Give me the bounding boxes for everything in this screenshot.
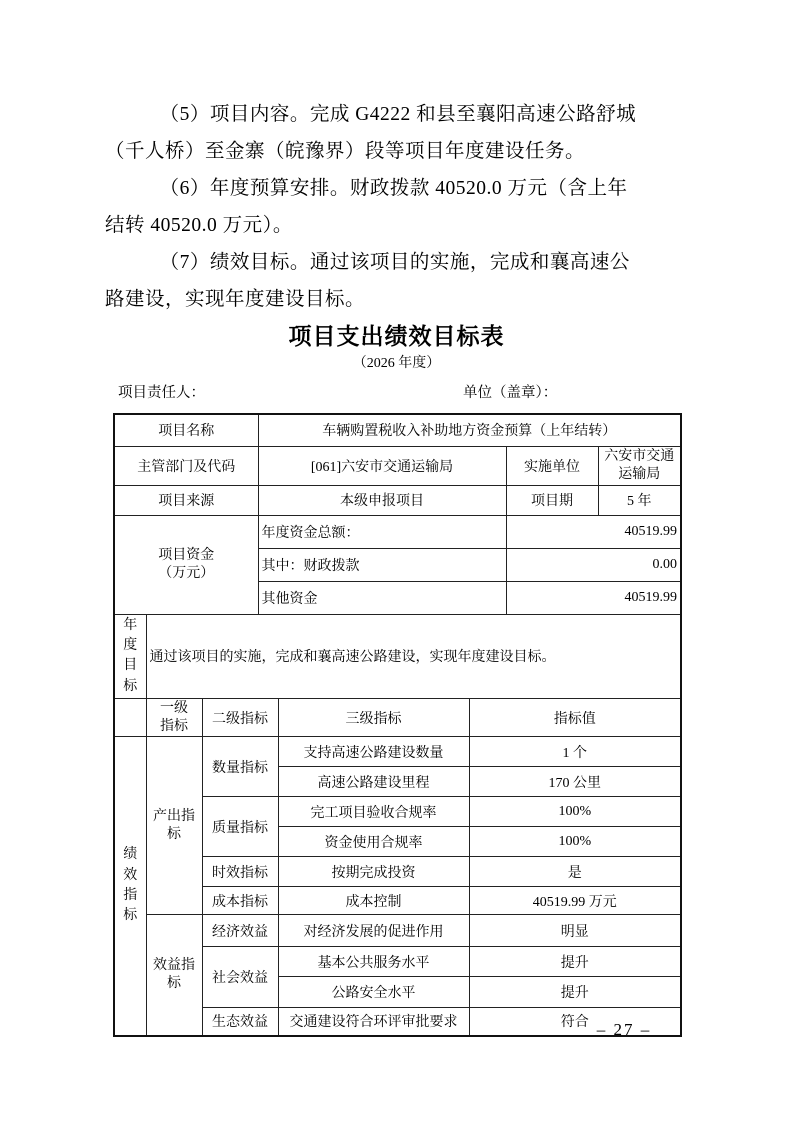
perf-l2-cost: 成本指标	[202, 887, 278, 915]
funds-fiscal-value: 0.00	[506, 548, 681, 581]
perf-value: 提升	[469, 947, 681, 977]
perf-value: 是	[469, 857, 681, 887]
perf-l3: 成本控制	[278, 887, 469, 915]
perf-l2-quality: 质量指标	[202, 797, 278, 857]
funds-total-value: 40519.99	[506, 515, 681, 548]
perf-value: 100%	[469, 827, 681, 857]
perf-l3: 完工项目验收合规率	[278, 797, 469, 827]
funds-other-label: 其他资金	[258, 581, 506, 614]
perf-value: 提升	[469, 977, 681, 1008]
table-title: 项目支出绩效目标表	[0, 318, 793, 351]
perf-l1-benefit: 效益指标	[146, 915, 202, 1036]
paragraph-line: （7）绩效目标。通过该项目的实施，完成和襄高速公	[105, 244, 688, 281]
impl-unit-value: 六安市交通运输局	[598, 446, 681, 485]
paragraph-line: 路建设，实现年度建设目标。	[105, 281, 688, 318]
paragraph-line: （5）项目内容。完成 G4222 和县至襄阳高速公路舒城	[105, 96, 688, 133]
document-page: （5）项目内容。完成 G4222 和县至襄阳高速公路舒城 （千人桥）至金寨（皖豫…	[0, 0, 793, 1122]
paragraph-line: （6）年度预算安排。财政拨款 40520.0 万元（含上年	[105, 170, 688, 207]
perf-l3: 基本公共服务水平	[278, 947, 469, 977]
performance-target-table: 项目名称 车辆购置税收入补助地方资金预算（上年结转） 主管部门及代码 [061]…	[113, 413, 682, 1037]
body-text: （5）项目内容。完成 G4222 和县至襄阳高速公路舒城 （千人桥）至金寨（皖豫…	[105, 96, 688, 318]
perf-l3: 支持高速公路建设数量	[278, 737, 469, 767]
perf-l2-quantity: 数量指标	[202, 737, 278, 797]
annual-goal-text: 通过该项目的实施，完成和襄高速公路建设，实现年度建设目标。	[146, 614, 681, 698]
funds-label-line2: （万元）	[118, 565, 255, 583]
perf-header-spacer	[114, 699, 146, 737]
paragraph-line: （千人桥）至金寨（皖豫界）段等项目年度建设任务。	[105, 133, 688, 170]
signature-row: 项目责任人： 单位（盖章）：	[118, 381, 688, 402]
perf-value: 明显	[469, 915, 681, 947]
paragraph-line: 结转 40520.0 万元）。	[105, 207, 688, 244]
annual-goal-label: 年度目标	[114, 614, 146, 698]
perf-l2-economic: 经济效益	[202, 915, 278, 947]
perf-header-level1: 一级指标	[146, 699, 202, 737]
period-label: 项目期	[506, 485, 598, 515]
perf-l1-output: 产出指标	[146, 737, 202, 915]
unit-seal-label: 单位（盖章）：	[463, 381, 557, 402]
perf-value: 170 公里	[469, 767, 681, 797]
period-value: 5 年	[598, 485, 681, 515]
table-subtitle: （2026 年度）	[0, 352, 793, 372]
responsible-person-label: 项目责任人：	[118, 385, 205, 401]
perf-l3: 资金使用合规率	[278, 827, 469, 857]
source-label: 项目来源	[114, 485, 258, 515]
perf-value: 100%	[469, 797, 681, 827]
project-name-label: 项目名称	[114, 414, 258, 446]
perf-l2-ecological: 生态效益	[202, 1008, 278, 1036]
perf-l3: 公路安全水平	[278, 977, 469, 1008]
impl-unit-label: 实施单位	[506, 446, 598, 485]
perf-l3: 按期完成投资	[278, 857, 469, 887]
perf-header-level3: 三级指标	[278, 699, 469, 737]
dept-value: [061]六安市交通运输局	[258, 446, 506, 485]
perf-header-value: 指标值	[469, 699, 681, 737]
perf-section-label: 绩效指标	[114, 737, 146, 1036]
perf-l2-social: 社会效益	[202, 947, 278, 1008]
page-number: – 27 –	[560, 1020, 688, 1040]
funds-total-label: 年度资金总额：	[258, 515, 506, 548]
source-value: 本级申报项目	[258, 485, 506, 515]
perf-value: 40519.99 万元	[469, 887, 681, 915]
dept-label: 主管部门及代码	[114, 446, 258, 485]
perf-l3: 对经济发展的促进作用	[278, 915, 469, 947]
perf-value: 1 个	[469, 737, 681, 767]
perf-l2-timeliness: 时效指标	[202, 857, 278, 887]
funds-fiscal-label: 其中：财政拨款	[258, 548, 506, 581]
funds-label-line1: 项目资金	[118, 547, 255, 565]
perf-l3: 高速公路建设里程	[278, 767, 469, 797]
funds-other-value: 40519.99	[506, 581, 681, 614]
project-name-value: 车辆购置税收入补助地方资金预算（上年结转）	[258, 414, 681, 446]
perf-header-level2: 二级指标	[202, 699, 278, 737]
perf-l3: 交通建设符合环评审批要求	[278, 1008, 469, 1036]
funds-label: 项目资金 （万元）	[114, 515, 258, 614]
